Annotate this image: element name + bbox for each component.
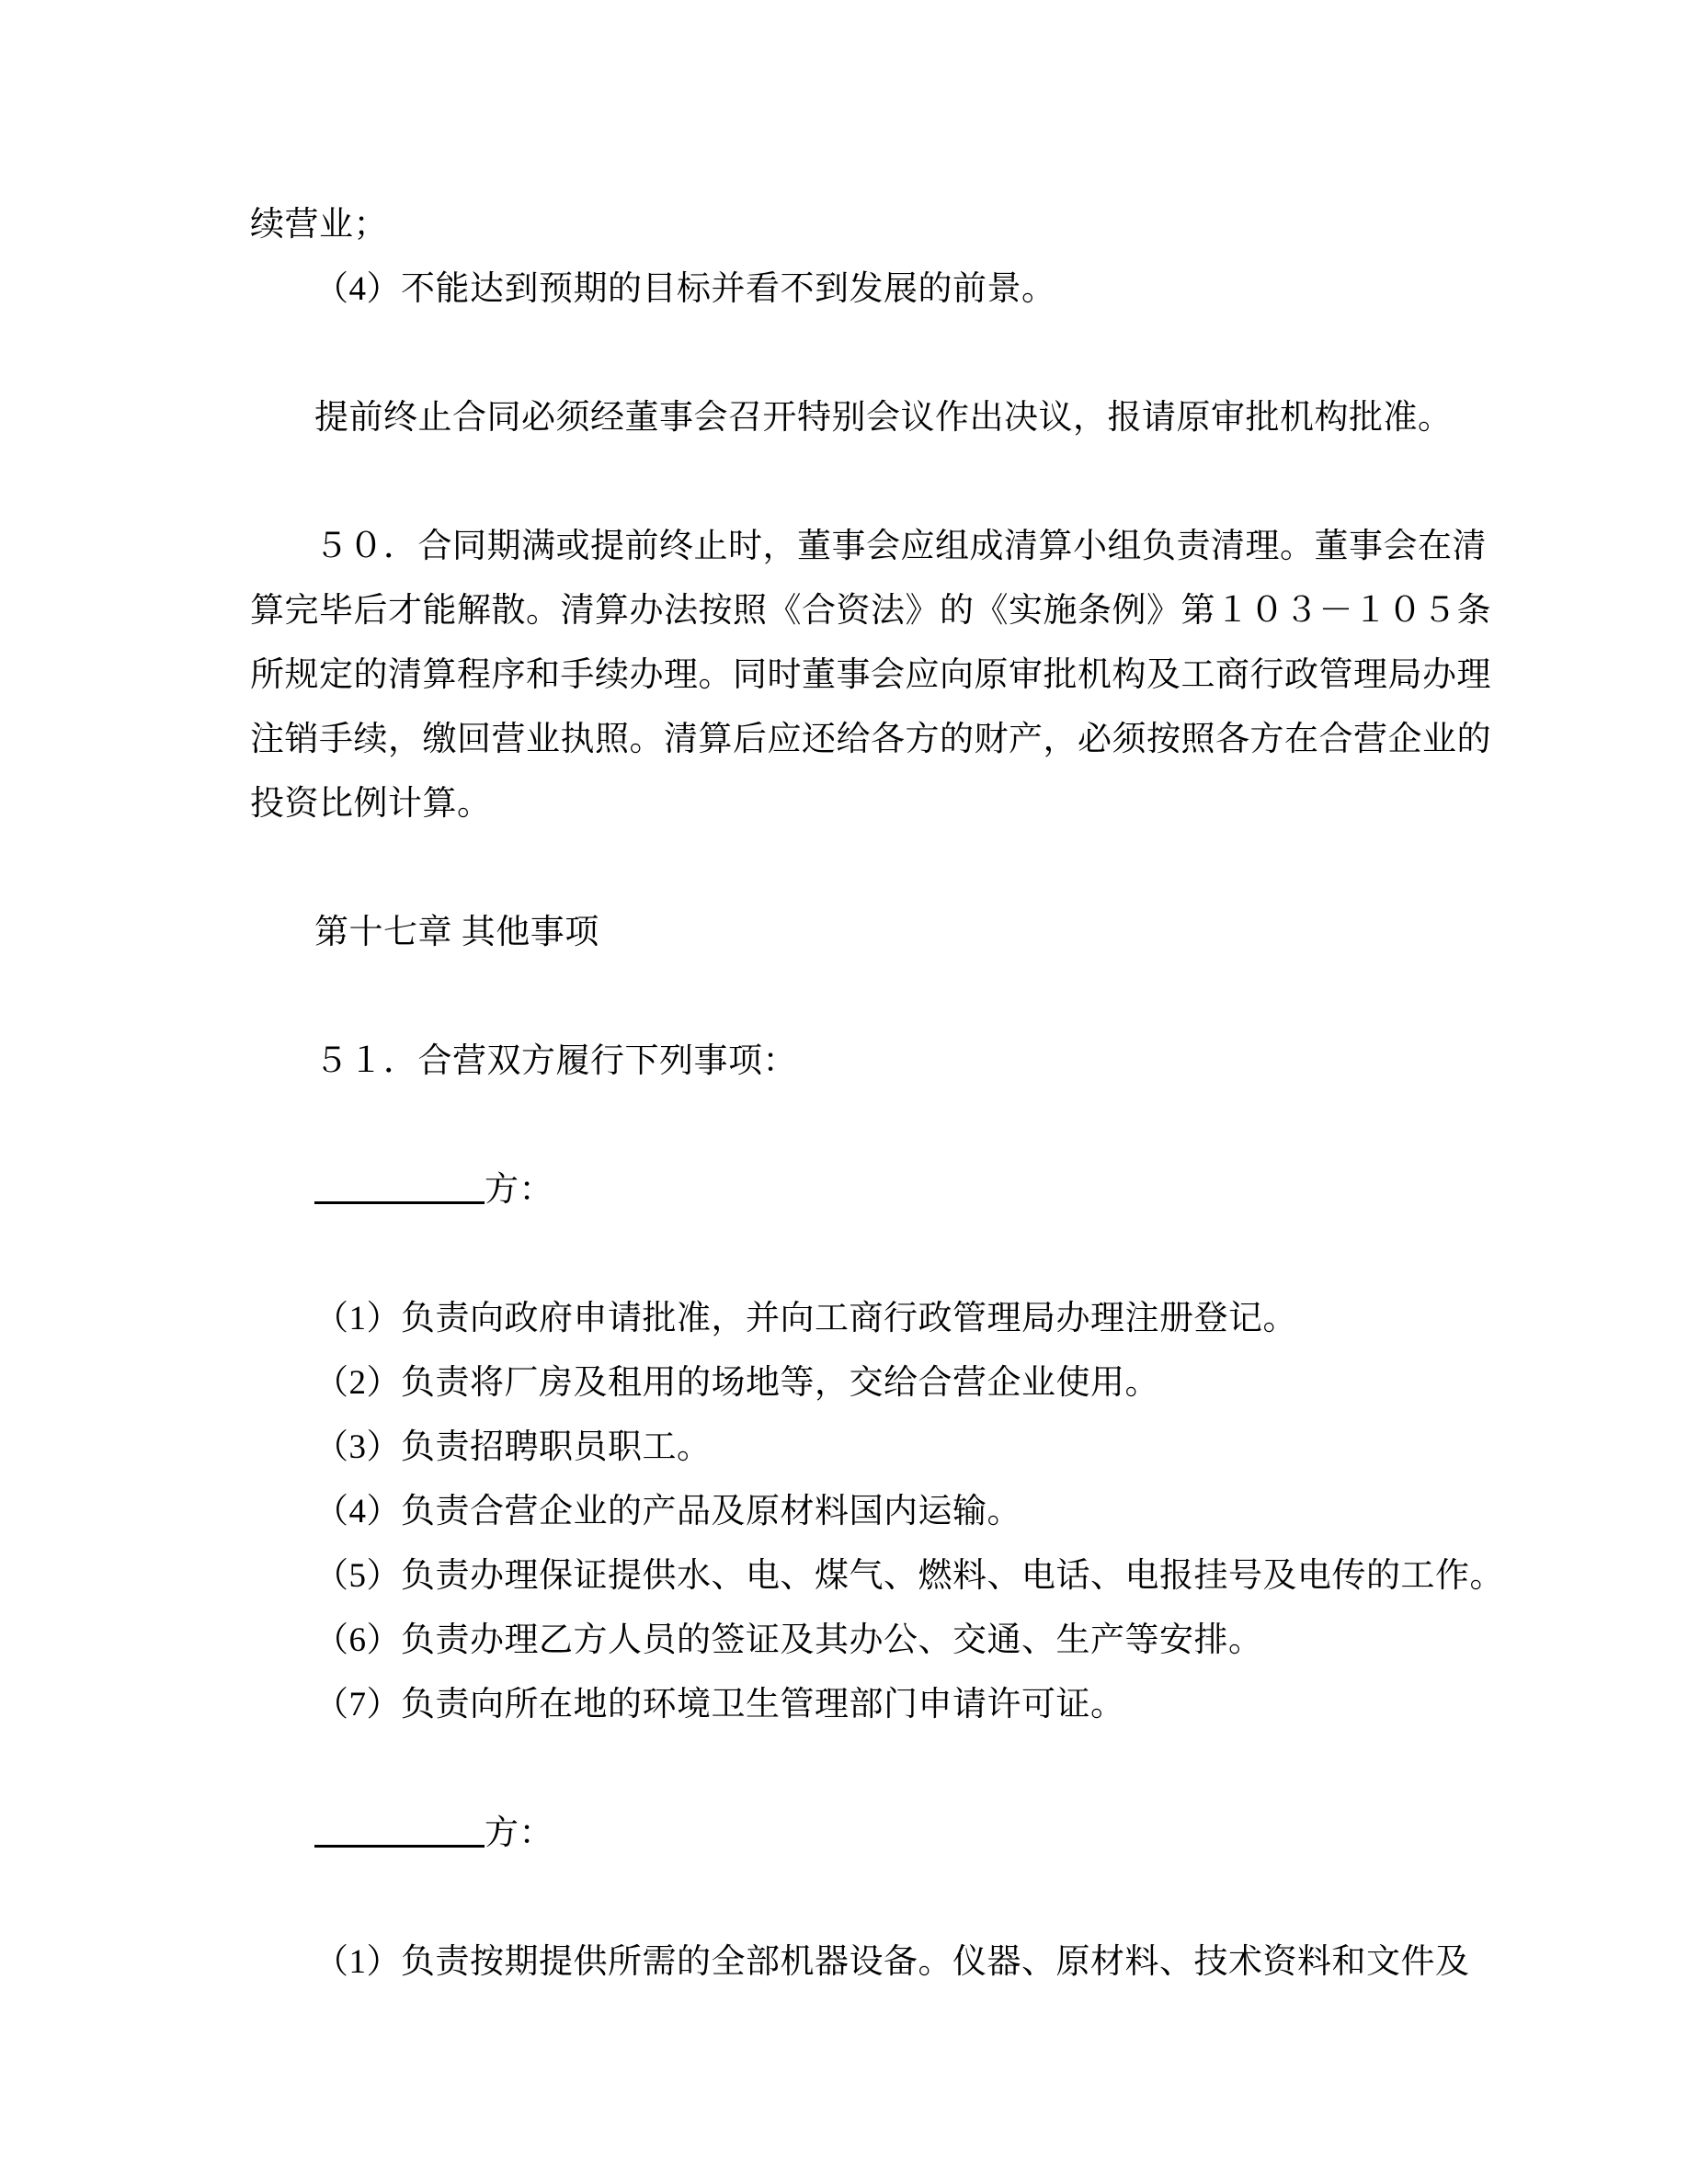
party-b-blank-line: 方： xyxy=(250,1802,1467,1866)
clause-49-item-4: （4）不能达到预期的目标并看不到发展的前景。 xyxy=(250,257,1467,322)
early-termination-clause: 提前终止合同必须经董事会召开特别会议作出决议，报请原审批机构批准。 xyxy=(250,386,1467,450)
chapter-17-heading: 第十七章 其他事项 xyxy=(250,901,1467,965)
party-label: 方： xyxy=(485,1171,553,1209)
party-a-duty-4: （4）负责合营企业的产品及原材料国内运输。 xyxy=(250,1480,1467,1544)
fill-in-blank-underline xyxy=(314,1843,485,1848)
party-a-duty-2: （2）负责将厂房及租用的场地等，交给合营企业使用。 xyxy=(250,1351,1467,1416)
party-label: 方： xyxy=(485,1814,553,1852)
clause-50-line-5: 投资比例计算。 xyxy=(250,772,1467,836)
party-a-duty-6: （6）负责办理乙方人员的签证及其办公、交通、生产等安排。 xyxy=(250,1609,1467,1673)
party-b-duty-1: （1）负责按期提供所需的全部机器设备。仪器、原材料、技术资料和文件及 xyxy=(250,1930,1467,1995)
contract-document-page: 续营业； （4）不能达到预期的目标并看不到发展的前景。 提前终止合同必须经董事会… xyxy=(0,0,1688,2184)
clause-50-line-2: 算完毕后才能解散。清算办法按照《合资法》的《实施条例》第１０３－１０５条 xyxy=(250,579,1467,643)
party-a-duty-5: （5）负责办理保证提供水、电、煤气、燃料、电话、电报挂号及电传的工作。 xyxy=(250,1544,1467,1609)
clause-50-line-4: 注销手续，缴回营业执照。清算后应还给各方的财产，必须按照各方在合营企业的 xyxy=(250,708,1467,772)
fill-in-blank-underline xyxy=(314,1200,485,1204)
party-a-duty-7: （7）负责向所在地的环境卫生管理部门申请许可证。 xyxy=(250,1673,1467,1737)
party-a-duty-1: （1）负责向政府申请批准，并向工商行政管理局办理注册登记。 xyxy=(250,1287,1467,1351)
clause-50-line-1: ５０．合同期满或提前终止时，董事会应组成清算小组负责清理。董事会在清 xyxy=(250,515,1467,579)
party-a-blank-line: 方： xyxy=(250,1158,1467,1223)
party-a-duty-3: （3）负责招聘职员职工。 xyxy=(250,1416,1467,1480)
clause-51-intro: ５１．合营双方履行下列事项： xyxy=(250,1029,1467,1094)
continuation-line: 续营业； xyxy=(250,193,1467,257)
clause-50-line-3: 所规定的清算程序和手续办理。同时董事会应向原审批机构及工商行政管理局办理 xyxy=(250,643,1467,708)
